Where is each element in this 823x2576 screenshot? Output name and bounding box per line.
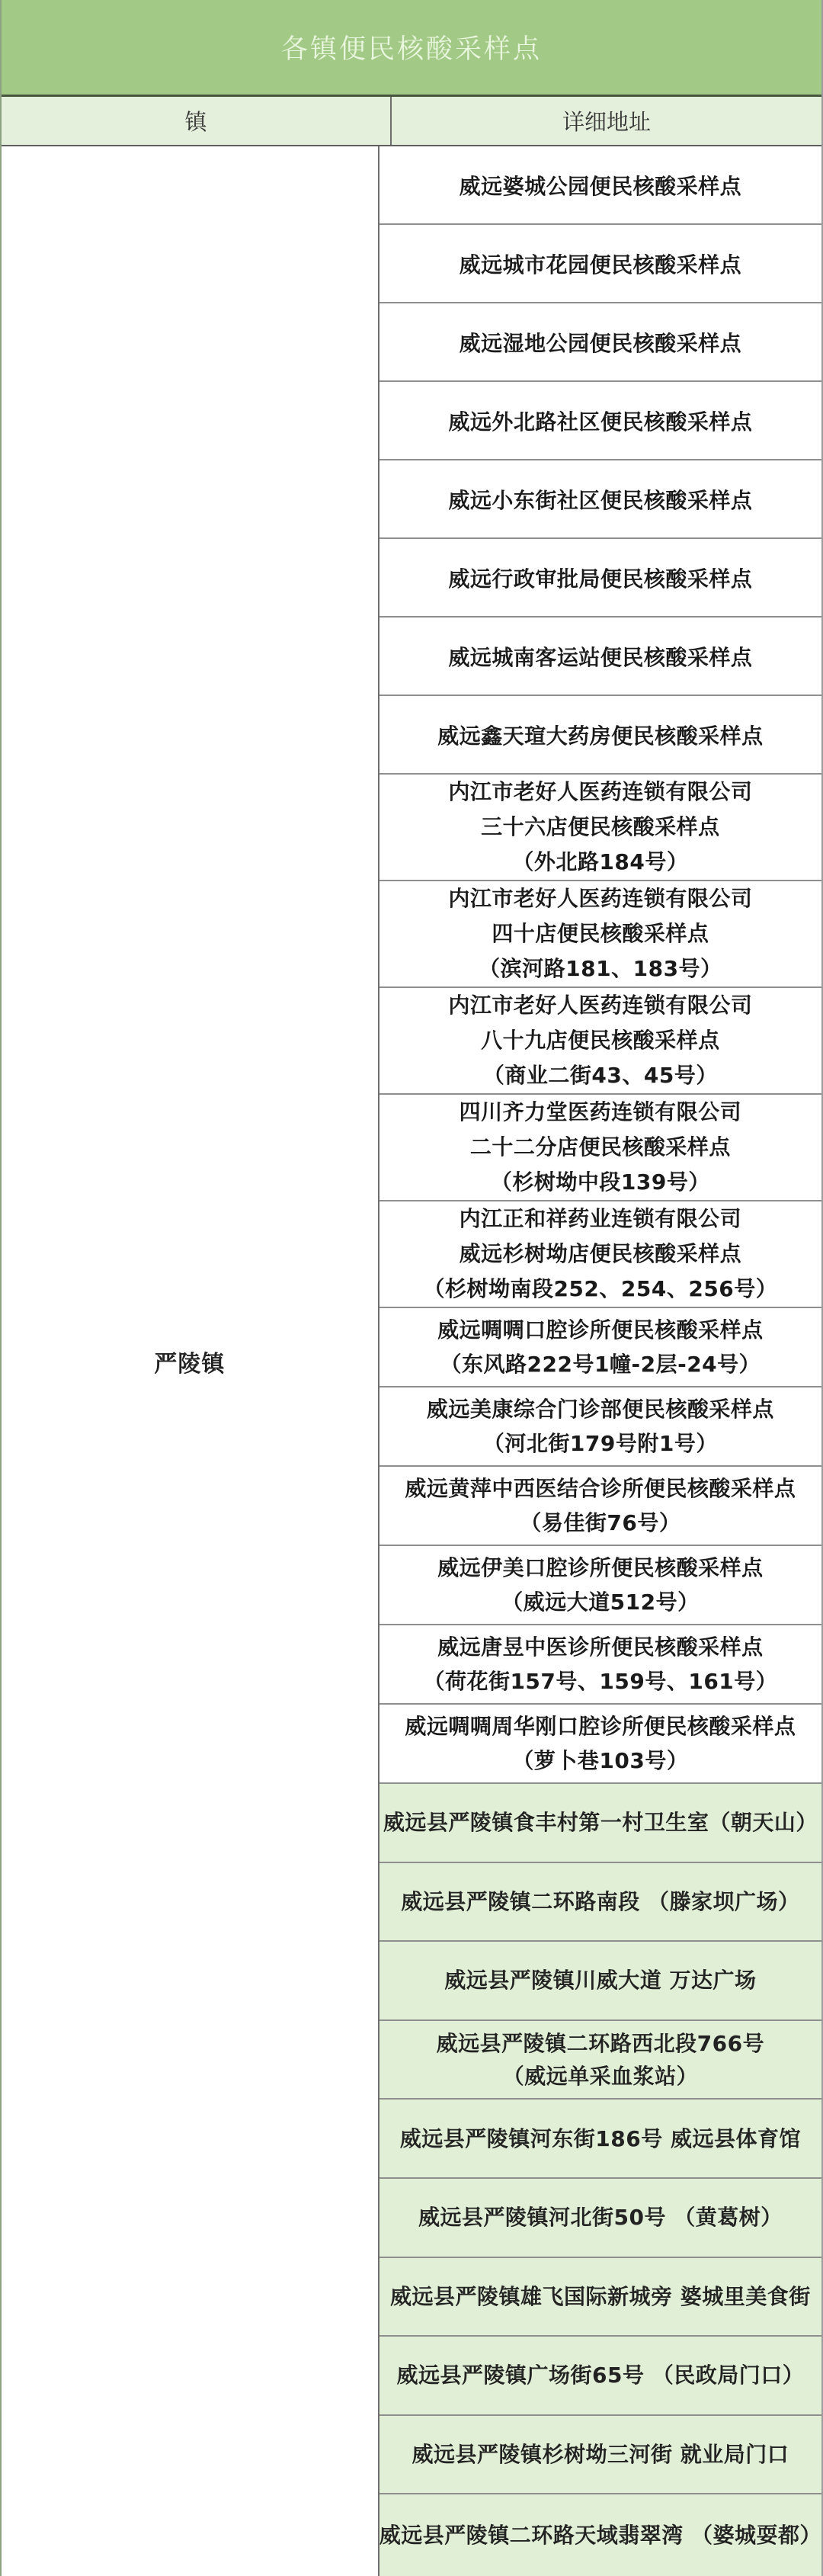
address-line: 威远县严陵镇河东街186号 威远县体育馆	[400, 2122, 801, 2155]
table-row: 威远城市花园便民核酸采样点	[379, 225, 821, 303]
table-row: 威远县严陵镇川威大道 万达广场	[379, 1942, 821, 2021]
table-row: 威远唐昱中医诊所便民核酸采样点（荷花街157号、159号、161号）	[379, 1625, 821, 1705]
column-header-town: 镇	[2, 97, 392, 145]
address-line: 威远外北路社区便民核酸采样点	[448, 406, 752, 436]
table-header-row: 镇 详细地址	[2, 97, 821, 146]
address-line: （威远单采血浆站）	[503, 2060, 699, 2093]
address-line: 威远鑫天瑄大药房便民核酸采样点	[437, 720, 764, 750]
address-line: 威远城南客运站便民核酸采样点	[448, 641, 752, 672]
table-row: 威远婆城公园便民核酸采样点	[379, 146, 821, 225]
table-row: 威远湿地公园便民核酸采样点	[379, 303, 821, 382]
address-line: 威远县严陵镇川威大道 万达广场	[444, 1964, 756, 1997]
address-line: 威远杉树坳店便民核酸采样点	[460, 1237, 742, 1272]
address-line: 威远县严陵镇广场街65号 （民政局门口）	[397, 2359, 805, 2392]
table-row: 威远县严陵镇河北街50号 （黄葛树）	[379, 2179, 821, 2258]
table-row: 威远城南客运站便民核酸采样点	[379, 618, 821, 696]
address-line: 威远县严陵镇雄飞国际新城旁 婆城里美食街	[390, 2280, 811, 2313]
table-row: 威远县严陵镇二环路西北段766号（威远单采血浆站）	[379, 2021, 821, 2100]
table-row: 威远县严陵镇广场街65号 （民政局门口）	[379, 2337, 821, 2416]
address-line: 四十店便民核酸采样点	[492, 916, 709, 951]
table-row: 威远县严陵镇食丰村第一村卫生室（朝天山）	[379, 1784, 821, 1863]
table-title: 各镇便民核酸采样点	[281, 28, 542, 66]
address-line: 内江市老好人医药连锁有限公司	[448, 775, 752, 810]
address-line: （商业二街43、45号）	[483, 1058, 718, 1093]
address-line: 威远城市花园便民核酸采样点	[460, 249, 742, 279]
table-row: 威远鑫天瑄大药房便民核酸采样点	[379, 696, 821, 775]
address-line: （威远大道512号）	[501, 1585, 699, 1619]
address-line: 威远小东街社区便民核酸采样点	[448, 484, 752, 515]
address-line: 八十九店便民核酸采样点	[481, 1023, 720, 1058]
address-line: 威远湿地公园便民核酸采样点	[460, 327, 742, 358]
address-line: 四川齐力堂医药连锁有限公司	[460, 1095, 742, 1130]
table-row: 威远行政审批局便民核酸采样点	[379, 539, 821, 618]
table-row: 威远县严陵镇雄飞国际新城旁 婆城里美食街	[379, 2258, 821, 2337]
table-row: 威远啁啁口腔诊所便民核酸采样点（东风路222号1幢-2层-24号）	[379, 1308, 821, 1387]
table-row: 内江市老好人医药连锁有限公司四十店便民核酸采样点（滨河路181、183号）	[379, 881, 821, 988]
table-row: 威远县严陵镇杉树坳三河街 就业局门口	[379, 2416, 821, 2495]
address-line: 威远县严陵镇二环路天域翡翠湾 （婆城耍都）	[379, 2519, 821, 2552]
address-line: 威远伊美口腔诊所便民核酸采样点	[437, 1551, 764, 1585]
table-row: 内江市老好人医药连锁有限公司八十九店便民核酸采样点（商业二街43、45号）	[379, 988, 821, 1095]
address-line: 威远行政审批局便民核酸采样点	[448, 563, 752, 593]
address-line: 三十六店便民核酸采样点	[481, 810, 720, 845]
address-line: 威远县严陵镇河北街50号 （黄葛树）	[418, 2201, 783, 2234]
address-line: 威远县严陵镇二环路南段 （滕家坝广场）	[401, 1885, 799, 1918]
address-line: （萝卜巷103号）	[512, 1744, 688, 1778]
table-row: 威远啁啁周华刚口腔诊所便民核酸采样点（萝卜巷103号）	[379, 1705, 821, 1784]
address-line: （外北路184号）	[512, 845, 688, 880]
address-line: （滨河路181、183号）	[479, 951, 722, 986]
address-line: 内江市老好人医药连锁有限公司	[448, 988, 752, 1023]
table-row: 威远美康综合门诊部便民核酸采样点（河北街179号附1号）	[379, 1387, 821, 1467]
table-row: 威远外北路社区便民核酸采样点	[379, 382, 821, 460]
address-line: 内江正和祥药业连锁有限公司	[460, 1201, 742, 1237]
table-body: 严陵镇 威远婆城公园便民核酸采样点威远城市花园便民核酸采样点威远湿地公园便民核酸…	[2, 146, 821, 2576]
address-line: 威远县严陵镇杉树坳三河街 就业局门口	[411, 2438, 789, 2471]
sampling-sites-table: 各镇便民核酸采样点 镇 详细地址 严陵镇 威远婆城公园便民核酸采样点威远城市花园…	[0, 0, 823, 2576]
table-row: 威远县严陵镇二环路南段 （滕家坝广场）	[379, 1863, 821, 1942]
address-line: 威远婆城公园便民核酸采样点	[460, 170, 742, 200]
address-line: （易佳街76号）	[520, 1506, 680, 1540]
address-line: 二十二分店便民核酸采样点	[470, 1130, 731, 1165]
address-line: 威远唐昱中医诊所便民核酸采样点	[437, 1630, 764, 1664]
address-line: 威远县严陵镇食丰村第一村卫生室（朝天山）	[383, 1806, 818, 1839]
table-row: 四川齐力堂医药连锁有限公司二十二分店便民核酸采样点（杉树坳中段139号）	[379, 1095, 821, 1201]
column-header-address: 详细地址	[392, 97, 821, 145]
address-line: 威远县严陵镇二环路西北段766号	[437, 2027, 764, 2060]
table-row: 威远伊美口腔诊所便民核酸采样点（威远大道512号）	[379, 1546, 821, 1625]
address-line: （河北街179号附1号）	[483, 1426, 718, 1461]
table-row: 内江正和祥药业连锁有限公司威远杉树坳店便民核酸采样点（杉树坳南段252、254、…	[379, 1201, 821, 1308]
table-row: 威远县严陵镇二环路天域翡翠湾 （婆城耍都）	[379, 2494, 821, 2576]
address-line: 威远啁啁口腔诊所便民核酸采样点	[437, 1313, 764, 1347]
address-line: （东风路222号1幢-2层-24号）	[440, 1347, 761, 1381]
address-line: 威远美康综合门诊部便民核酸采样点	[427, 1392, 774, 1426]
table-row: 威远黄萍中西医结合诊所便民核酸采样点（易佳街76号）	[379, 1467, 821, 1546]
table-title-bar: 各镇便民核酸采样点	[2, 0, 821, 97]
address-line: （杉树坳中段139号）	[491, 1165, 710, 1200]
address-line: （杉树坳南段252、254、256号）	[423, 1272, 777, 1307]
address-line: （荷花街157号、159号、161号）	[423, 1664, 777, 1699]
table-row: 威远县严陵镇河东街186号 威远县体育馆	[379, 2100, 821, 2179]
town-merged-cell: 严陵镇	[2, 146, 379, 2576]
address-line: 内江市老好人医药连锁有限公司	[448, 881, 752, 916]
table-row: 威远小东街社区便民核酸采样点	[379, 460, 821, 539]
address-line: 威远黄萍中西医结合诊所便民核酸采样点	[405, 1471, 796, 1506]
address-rows: 威远婆城公园便民核酸采样点威远城市花园便民核酸采样点威远湿地公园便民核酸采样点威…	[379, 146, 821, 2576]
table-row: 内江市老好人医药连锁有限公司三十六店便民核酸采样点（外北路184号）	[379, 775, 821, 881]
address-line: 威远啁啁周华刚口腔诊所便民核酸采样点	[405, 1709, 796, 1744]
